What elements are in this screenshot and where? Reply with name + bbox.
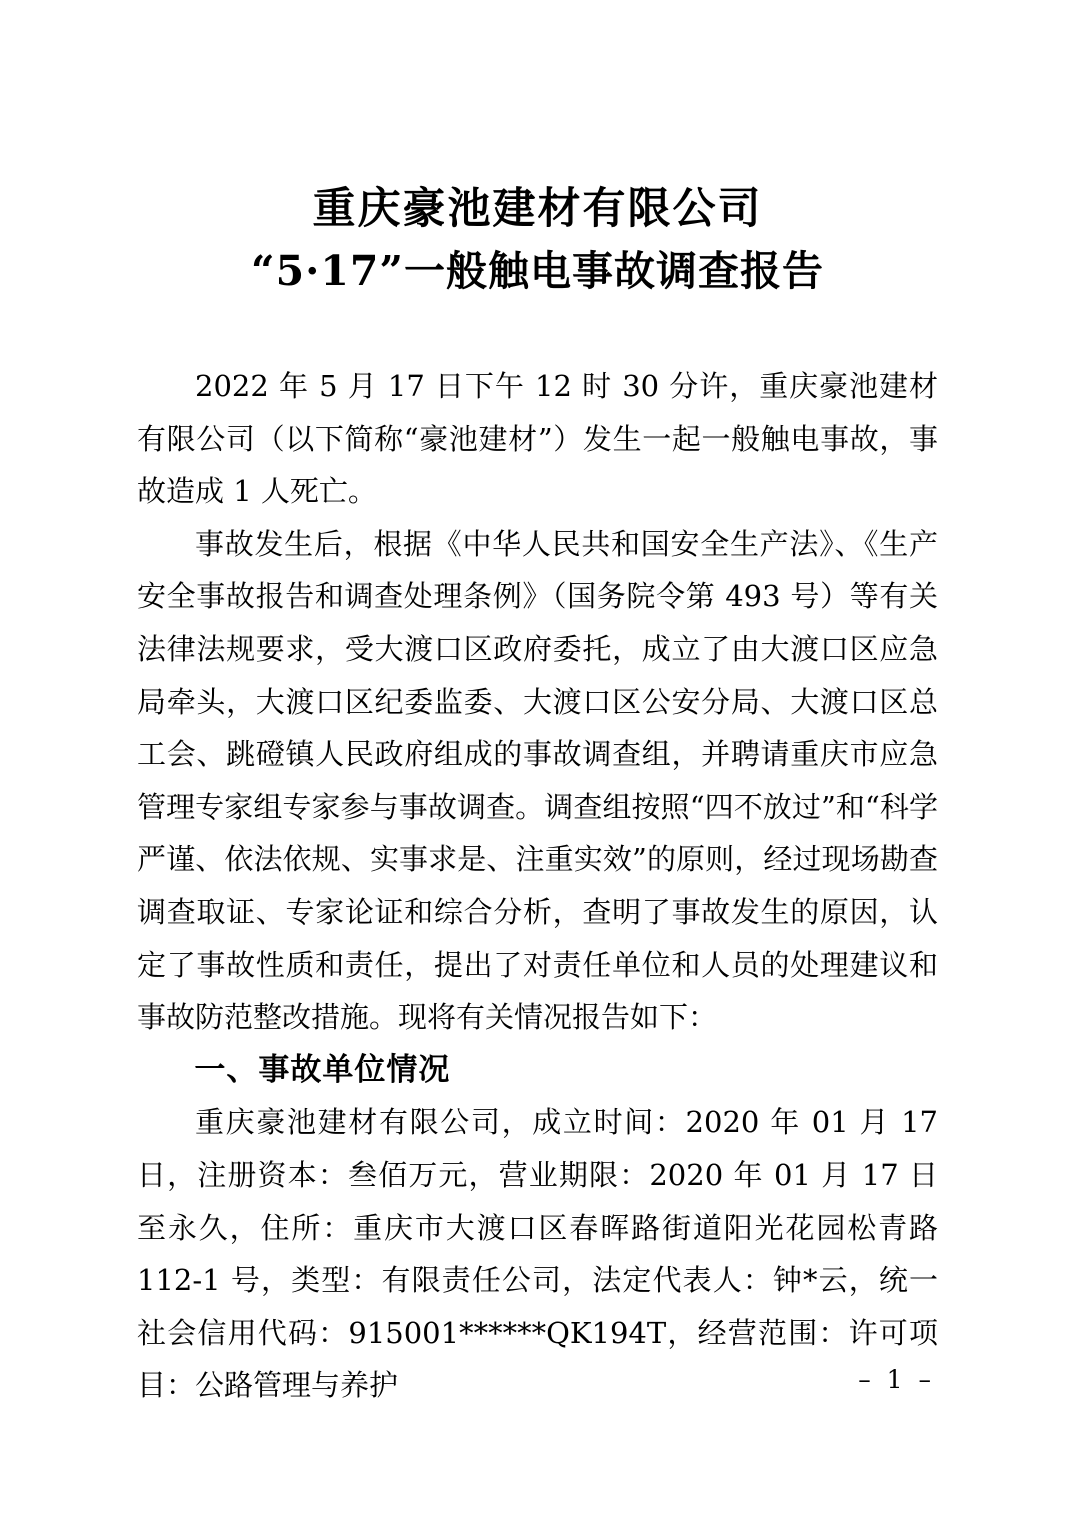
paragraph-company-info: 重庆豪池建材有限公司，成立时间：2020 年 01 月 17 日，注册资本：叁佰… xyxy=(137,1096,938,1412)
section-heading-unit-info: 一、事故单位情况 xyxy=(137,1044,938,1097)
document-title-line2: “5·17”一般触电事故调查报告 xyxy=(137,240,938,302)
document-body: 2022 年 5 月 17 日下午 12 时 30 分许，重庆豪池建材有限公司（… xyxy=(137,360,938,1412)
paragraph-investigation: 事故发生后，根据《中华人民共和国安全生产法》、《生产安全事故报告和调查处理条例》… xyxy=(137,518,938,1044)
page-number: – 1 – xyxy=(858,1363,935,1397)
paragraph-intro: 2022 年 5 月 17 日下午 12 时 30 分许，重庆豪池建材有限公司（… xyxy=(137,360,938,518)
page-content: 重庆豪池建材有限公司 “5·17”一般触电事故调查报告 2022 年 5 月 1… xyxy=(137,178,938,1412)
document-title: 重庆豪池建材有限公司 “5·17”一般触电事故调查报告 xyxy=(137,178,938,302)
document-title-line1: 重庆豪池建材有限公司 xyxy=(137,178,938,240)
document-page: 重庆豪池建材有限公司 “5·17”一般触电事故调查报告 2022 年 5 月 1… xyxy=(0,0,1074,1520)
